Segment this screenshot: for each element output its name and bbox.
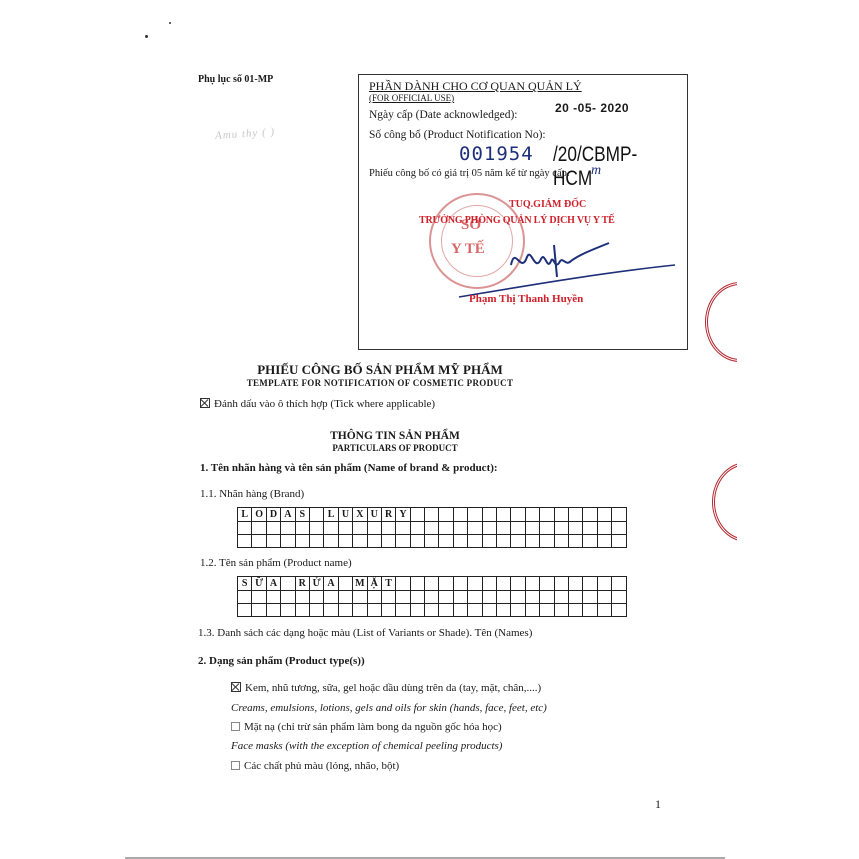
- grid-cell[interactable]: [597, 604, 611, 617]
- grid-cell[interactable]: [540, 508, 554, 522]
- grid-cell[interactable]: [281, 604, 295, 617]
- grid-cell[interactable]: A: [324, 577, 338, 591]
- grid-cell[interactable]: O: [252, 508, 266, 522]
- grid-cell[interactable]: [597, 577, 611, 591]
- grid-cell[interactable]: [353, 535, 367, 548]
- grid-cell[interactable]: [338, 535, 352, 548]
- product-name-label: 1.2. Tên sản phẩm (Product name): [200, 557, 352, 569]
- grid-cell[interactable]: [252, 591, 266, 604]
- grid-cell[interactable]: [381, 591, 395, 604]
- grid-cell[interactable]: [439, 591, 453, 604]
- grid-cell[interactable]: [281, 577, 295, 591]
- grid-cell[interactable]: [252, 522, 266, 535]
- section-subtitle: PARTICULARS OF PRODUCT: [0, 443, 790, 453]
- grid-cell[interactable]: [439, 604, 453, 617]
- grid-cell[interactable]: [568, 604, 582, 617]
- grid-cell[interactable]: [367, 604, 381, 617]
- grid-cell[interactable]: [568, 577, 582, 591]
- grid-cell[interactable]: [324, 591, 338, 604]
- grid-cell[interactable]: [410, 522, 424, 535]
- grid-cell[interactable]: M: [353, 577, 367, 591]
- product-type-option[interactable]: Mặt nạ (chỉ trừ sản phẩm làm bong da ngu…: [231, 721, 502, 733]
- grid-cell[interactable]: [597, 591, 611, 604]
- grid-cell[interactable]: [540, 604, 554, 617]
- grid-cell[interactable]: [439, 508, 453, 522]
- grid-cell[interactable]: [266, 522, 280, 535]
- grid-cell[interactable]: [309, 522, 323, 535]
- grid-cell[interactable]: [252, 604, 266, 617]
- grid-cell[interactable]: [453, 522, 467, 535]
- grid-cell[interactable]: [410, 591, 424, 604]
- product-type-en: Face masks (with the exception of chemic…: [231, 740, 502, 752]
- heading-brand-product: 1. Tên nhãn hàng và tên sản phẩm (Name o…: [200, 462, 498, 474]
- grid-cell[interactable]: Ử: [309, 577, 323, 591]
- product-type-option[interactable]: Các chất phủ màu (lỏng, nhão, bột): [231, 760, 399, 772]
- grid-cell[interactable]: [238, 535, 252, 548]
- grid-cell[interactable]: [497, 535, 511, 548]
- grid-cell[interactable]: [468, 604, 482, 617]
- grid-cell[interactable]: [554, 604, 568, 617]
- grid-cell[interactable]: [381, 535, 395, 548]
- grid-cell[interactable]: [568, 522, 582, 535]
- grid-cell[interactable]: [568, 591, 582, 604]
- grid-cell[interactable]: [482, 522, 496, 535]
- brand-label: 1.1. Nhãn hàng (Brand): [200, 488, 304, 500]
- grid-cell[interactable]: [410, 535, 424, 548]
- grid-cell[interactable]: [583, 535, 597, 548]
- grid-cell[interactable]: [497, 591, 511, 604]
- grid-cell[interactable]: D: [266, 508, 280, 522]
- grid-cell[interactable]: [583, 508, 597, 522]
- grid-cell[interactable]: [309, 604, 323, 617]
- grid-cell[interactable]: [612, 577, 626, 591]
- grid-cell[interactable]: [554, 508, 568, 522]
- grid-cell[interactable]: [425, 604, 439, 617]
- grid-cell[interactable]: [238, 591, 252, 604]
- grid-cell[interactable]: [353, 591, 367, 604]
- checked-box-icon[interactable]: [231, 682, 241, 692]
- grid-cell[interactable]: [353, 522, 367, 535]
- grid-cell[interactable]: [266, 535, 280, 548]
- pencil-note: Amu thy ( ): [215, 126, 276, 142]
- notification-number-label: Số công bố (Product Notification No):: [369, 129, 546, 141]
- grid-cell[interactable]: [309, 591, 323, 604]
- grid-cell[interactable]: [497, 522, 511, 535]
- grid-cell[interactable]: L: [238, 508, 252, 522]
- grid-cell[interactable]: [612, 591, 626, 604]
- grid-cell[interactable]: [425, 535, 439, 548]
- grid-cell[interactable]: [597, 522, 611, 535]
- grid-cell[interactable]: [439, 577, 453, 591]
- grid-cell[interactable]: [511, 604, 525, 617]
- grid-cell[interactable]: [396, 577, 410, 591]
- grid-cell[interactable]: [266, 591, 280, 604]
- grid-cell[interactable]: [612, 535, 626, 548]
- grid-cell[interactable]: [396, 604, 410, 617]
- grid-cell[interactable]: [540, 522, 554, 535]
- grid-cell[interactable]: [381, 604, 395, 617]
- grid-cell[interactable]: [525, 577, 539, 591]
- grid-cell[interactable]: [612, 508, 626, 522]
- official-use-title: PHẦN DÀNH CHO CƠ QUAN QUẢN LÝ: [369, 79, 582, 94]
- grid-cell[interactable]: [425, 508, 439, 522]
- grid-cell[interactable]: [468, 535, 482, 548]
- grid-cell[interactable]: [554, 522, 568, 535]
- grid-cell[interactable]: S: [238, 577, 252, 591]
- grid-cell[interactable]: [367, 535, 381, 548]
- notification-number: 001954: [459, 143, 534, 165]
- grid-cell[interactable]: [367, 522, 381, 535]
- grid-cell[interactable]: [324, 604, 338, 617]
- grid-cell[interactable]: [468, 577, 482, 591]
- initial-mark: m: [591, 163, 601, 179]
- grid-cell[interactable]: [295, 604, 309, 617]
- notification-number-suffix: /20/CBMP-HCM: [553, 143, 663, 191]
- brand-grid[interactable]: LODASLUXURY: [237, 507, 627, 548]
- grid-cell[interactable]: [439, 535, 453, 548]
- grid-cell[interactable]: [554, 577, 568, 591]
- grid-cell[interactable]: [439, 522, 453, 535]
- grid-cell[interactable]: L: [324, 508, 338, 522]
- grid-cell[interactable]: [295, 591, 309, 604]
- grid-cell[interactable]: [568, 535, 582, 548]
- grid-cell[interactable]: R: [295, 577, 309, 591]
- scan-speck: [169, 22, 171, 24]
- grid-cell[interactable]: [525, 591, 539, 604]
- grid-cell[interactable]: A: [281, 508, 295, 522]
- grid-cell[interactable]: [238, 522, 252, 535]
- grid-cell[interactable]: [309, 535, 323, 548]
- grid-cell[interactable]: R: [381, 508, 395, 522]
- grid-cell[interactable]: [324, 522, 338, 535]
- grid-cell[interactable]: [425, 577, 439, 591]
- validity-note: Phiếu công bố có giá trị 05 năm kể từ ng…: [369, 168, 569, 179]
- grid-cell[interactable]: [266, 604, 280, 617]
- grid-cell[interactable]: [468, 522, 482, 535]
- grid-cell[interactable]: [338, 591, 352, 604]
- grid-cell[interactable]: [583, 522, 597, 535]
- grid-cell[interactable]: [554, 535, 568, 548]
- product-type-en: Creams, emulsions, lotions, gels and oil…: [231, 702, 547, 714]
- tick-note-text: Đánh dấu vào ô thích hợp (Tick where app…: [214, 398, 435, 410]
- grid-cell[interactable]: [511, 508, 525, 522]
- scan-speck: [145, 35, 148, 38]
- grid-cell[interactable]: U: [367, 508, 381, 522]
- grid-cell[interactable]: [338, 604, 352, 617]
- variants-label: 1.3. Danh sách các dạng hoặc màu (List o…: [198, 627, 532, 639]
- grid-cell[interactable]: [353, 604, 367, 617]
- grid-cell[interactable]: [554, 591, 568, 604]
- grid-cell[interactable]: [497, 604, 511, 617]
- grid-cell[interactable]: [525, 508, 539, 522]
- grid-cell[interactable]: [482, 508, 496, 522]
- product-name-grid[interactable]: SỮARỬAMẶT: [237, 576, 627, 617]
- grid-cell[interactable]: [612, 522, 626, 535]
- grid-cell[interactable]: [338, 577, 352, 591]
- grid-cell[interactable]: [396, 522, 410, 535]
- grid-cell[interactable]: Ặ: [367, 577, 381, 591]
- section-title: THÔNG TIN SẢN PHẨM: [0, 430, 790, 442]
- grid-cell[interactable]: [453, 577, 467, 591]
- signer-name: Phạm Thị Thanh Huyền: [469, 293, 583, 305]
- stamp-line-1: TUQ.GIÁM ĐỐC: [509, 199, 586, 210]
- official-use-box: PHẦN DÀNH CHO CƠ QUAN QUẢN LÝ (FOR OFFIC…: [358, 74, 688, 350]
- grid-cell[interactable]: [540, 591, 554, 604]
- grid-cell[interactable]: [367, 591, 381, 604]
- grid-cell[interactable]: [281, 535, 295, 548]
- grid-cell[interactable]: [281, 522, 295, 535]
- grid-cell[interactable]: [497, 577, 511, 591]
- grid-cell[interactable]: [583, 604, 597, 617]
- grid-cell[interactable]: [396, 535, 410, 548]
- grid-cell[interactable]: [295, 522, 309, 535]
- checkbox-icon[interactable]: [231, 761, 240, 770]
- grid-cell[interactable]: [338, 522, 352, 535]
- grid-cell[interactable]: [597, 508, 611, 522]
- annex-label: Phụ lục số 01-MP: [198, 74, 273, 85]
- grid-cell[interactable]: [497, 508, 511, 522]
- grid-cell[interactable]: T: [381, 577, 395, 591]
- grid-cell[interactable]: [511, 577, 525, 591]
- product-type-option[interactable]: Kem, nhũ tương, sữa, gel hoặc dầu dùng t…: [231, 682, 541, 694]
- grid-cell[interactable]: [482, 604, 496, 617]
- date-acknowledged-label: Ngày cấp (Date acknowledged):: [369, 109, 517, 121]
- grid-cell[interactable]: [540, 535, 554, 548]
- grid-cell[interactable]: [381, 522, 395, 535]
- grid-cell[interactable]: [281, 591, 295, 604]
- grid-cell[interactable]: S: [295, 508, 309, 522]
- grid-cell[interactable]: [410, 508, 424, 522]
- page-number: 1: [655, 797, 661, 812]
- grid-cell[interactable]: [453, 604, 467, 617]
- grid-cell[interactable]: [525, 535, 539, 548]
- grid-cell[interactable]: [525, 604, 539, 617]
- grid-cell[interactable]: [583, 591, 597, 604]
- tick-note: Đánh dấu vào ô thích hợp (Tick where app…: [200, 398, 435, 410]
- grid-cell[interactable]: [468, 508, 482, 522]
- grid-cell[interactable]: [410, 577, 424, 591]
- grid-cell[interactable]: [295, 535, 309, 548]
- grid-cell[interactable]: Ữ: [252, 577, 266, 591]
- grid-cell[interactable]: [525, 522, 539, 535]
- grid-cell[interactable]: [482, 535, 496, 548]
- grid-cell[interactable]: [612, 604, 626, 617]
- grid-cell[interactable]: [482, 577, 496, 591]
- grid-cell[interactable]: [453, 535, 467, 548]
- grid-cell[interactable]: [324, 535, 338, 548]
- checked-box-icon: [200, 398, 210, 408]
- grid-cell[interactable]: [425, 522, 439, 535]
- grid-cell[interactable]: Y: [396, 508, 410, 522]
- official-use-subtitle: (FOR OFFICIAL USE): [369, 93, 454, 103]
- grid-cell[interactable]: [238, 604, 252, 617]
- grid-cell[interactable]: X: [353, 508, 367, 522]
- grid-cell[interactable]: [511, 522, 525, 535]
- grid-cell[interactable]: [309, 508, 323, 522]
- heading-product-type: 2. Dạng sản phẩm (Product type(s)): [198, 655, 365, 667]
- grid-cell[interactable]: [410, 604, 424, 617]
- checkbox-icon[interactable]: [231, 722, 240, 731]
- form-title: PHIẾU CÔNG BỐ SẢN PHẨM MỸ PHẨM: [0, 362, 760, 378]
- date-acknowledged-value: 20 -05- 2020: [555, 101, 629, 115]
- grid-cell[interactable]: [568, 508, 582, 522]
- grid-cell[interactable]: A: [266, 577, 280, 591]
- grid-cell[interactable]: [252, 535, 266, 548]
- grid-cell[interactable]: U: [338, 508, 352, 522]
- form-subtitle: TEMPLATE FOR NOTIFICATION OF COSMETIC PR…: [0, 378, 760, 388]
- grid-cell[interactable]: [540, 577, 554, 591]
- grid-cell[interactable]: [511, 591, 525, 604]
- grid-cell[interactable]: [396, 591, 410, 604]
- grid-cell[interactable]: [482, 591, 496, 604]
- grid-cell[interactable]: [453, 591, 467, 604]
- grid-cell[interactable]: [511, 535, 525, 548]
- grid-cell[interactable]: [597, 535, 611, 548]
- grid-cell[interactable]: [453, 508, 467, 522]
- grid-cell[interactable]: [425, 591, 439, 604]
- grid-cell[interactable]: [583, 577, 597, 591]
- grid-cell[interactable]: [468, 591, 482, 604]
